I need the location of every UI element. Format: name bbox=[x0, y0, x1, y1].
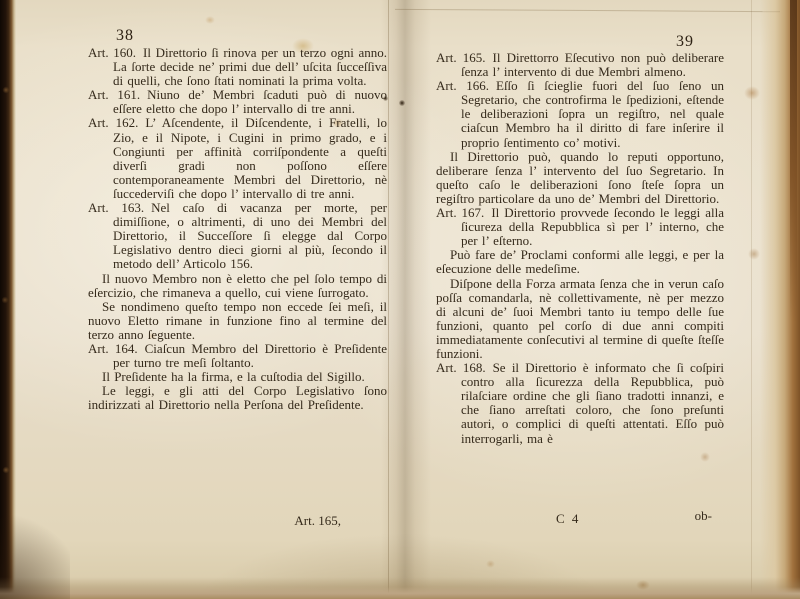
article-166-label: Art. 166. bbox=[436, 78, 489, 93]
article-168: Art. 168.Se il Direttorio è informato ch… bbox=[436, 361, 724, 446]
article-161: Art. 161.Niuno de’ Membri ſcaduti può di… bbox=[88, 88, 387, 116]
book-scan: 38 Art. 160.Il Direttorio ſi rinova per … bbox=[0, 0, 800, 599]
stain bbox=[486, 560, 495, 568]
article-166-text: Eſſo ſi ſcieglie fuori del ſuo ſeno un S… bbox=[461, 78, 724, 149]
signature-mark: C 4 bbox=[556, 511, 580, 527]
article-168-text: Se il Direttorio è informato che ſi coſp… bbox=[461, 360, 724, 445]
stain bbox=[700, 452, 710, 462]
fore-edge-stain-streak bbox=[790, 0, 797, 322]
article-167: Art. 167.Il Direttorio provvede ſecondo … bbox=[436, 206, 724, 248]
signature-row: C 4 ob- bbox=[436, 511, 728, 529]
right-page-text-block: Art. 165.Il Direttorro Eſecutivo non può… bbox=[436, 51, 724, 446]
article-160: Art. 160.Il Direttorio ſi rinova per un … bbox=[88, 46, 387, 88]
article-165-label: Art. 165. bbox=[436, 50, 486, 65]
article-164-label: Art. 164. bbox=[88, 341, 138, 356]
article-162: Art. 162.L’ Aſcendente, il Diſcendente, … bbox=[88, 116, 387, 201]
article-160-text: Il Direttorio ſi rinova per un terzo ogn… bbox=[113, 45, 387, 88]
article-163: Art. 163.Nel caſo di vacanza per morte, … bbox=[88, 201, 387, 271]
stain bbox=[748, 248, 760, 260]
article-161-text: Niuno de’ Membri ſcaduti può di nuovo eſ… bbox=[113, 87, 387, 116]
article-161-label: Art. 161. bbox=[88, 87, 140, 102]
article-167-label: Art. 167. bbox=[436, 205, 484, 220]
article-167-clause-2-text: Può fare de’ Proclami conformi alle legg… bbox=[436, 247, 724, 276]
page-number-left: 38 bbox=[116, 27, 134, 45]
left-page-text-block: Art. 160.Il Direttorio ſi rinova per un … bbox=[88, 46, 387, 412]
article-164-clause-2: Il Preſidente ha la firma, e la cuſtodia… bbox=[88, 370, 387, 384]
article-165-text: Il Direttorro Eſecutivo non può delibera… bbox=[461, 50, 724, 79]
article-167-clause-2: Può fare de’ Proclami conformi alle legg… bbox=[436, 248, 724, 276]
bottom-page-edges bbox=[0, 577, 800, 599]
article-164-clause-3: Le leggi, e gli atti del Corpo Legislati… bbox=[88, 384, 387, 412]
article-160-label: Art. 160. bbox=[88, 45, 136, 60]
article-164-clause-2-text: Il Preſidente ha la firma, e la cuſtodia… bbox=[102, 369, 365, 384]
catchword-right: ob- bbox=[695, 508, 712, 524]
article-164-text: Ciaſcun Membro del Direttorio è Preſiden… bbox=[113, 341, 387, 370]
article-168-label: Art. 168. bbox=[436, 360, 486, 375]
article-166-clause-2: Il Direttorio può, quando lo reputi oppo… bbox=[436, 150, 724, 206]
article-166-clause-2-text: Il Direttorio può, quando lo reputi oppo… bbox=[436, 149, 724, 206]
article-167-clause-3-text: Diſpone della Forza armata ſenza che in … bbox=[436, 276, 724, 361]
bottom-left-shadow bbox=[0, 509, 70, 599]
article-165: Art. 165.Il Direttorro Eſecutivo non può… bbox=[436, 51, 724, 79]
article-167-clause-3: Diſpone della Forza armata ſenza che in … bbox=[436, 277, 724, 362]
right-page-crease bbox=[751, 0, 752, 599]
gutter-crease-line bbox=[388, 0, 389, 599]
article-162-text: L’ Aſcendente, il Diſcendente, i Fratell… bbox=[113, 115, 387, 200]
article-163-clause-3-text: Se nondimeno queſto tempo non eccede ſei… bbox=[88, 299, 387, 342]
article-163-clause-2: Il nuovo Membro non è eletto che pel ſol… bbox=[88, 272, 387, 300]
article-162-label: Art. 162. bbox=[88, 115, 138, 130]
top-page-crease bbox=[395, 9, 780, 18]
stain bbox=[205, 16, 215, 24]
catchword-left: Art. 165, bbox=[88, 513, 387, 529]
article-167-text: Il Direttorio provvede ſecondo le leggi … bbox=[461, 205, 724, 248]
article-164: Art. 164.Ciaſcun Membro del Direttorio è… bbox=[88, 342, 387, 370]
article-163-clause-2-text: Il nuovo Membro non è eletto che pel ſol… bbox=[88, 271, 387, 300]
article-163-label: Art. 163. bbox=[88, 200, 144, 215]
stain bbox=[744, 86, 760, 100]
article-166: Art. 166.Eſſo ſi ſcieglie fuori del ſuo … bbox=[436, 79, 724, 149]
article-163-clause-3: Se nondimeno queſto tempo non eccede ſei… bbox=[88, 300, 387, 342]
article-164-clause-3-text: Le leggi, e gli atti del Corpo Legislati… bbox=[88, 383, 387, 412]
page-number-right: 39 bbox=[676, 33, 694, 51]
article-163-text: Nel caſo di vacanza per morte, per dimiſ… bbox=[113, 200, 387, 271]
